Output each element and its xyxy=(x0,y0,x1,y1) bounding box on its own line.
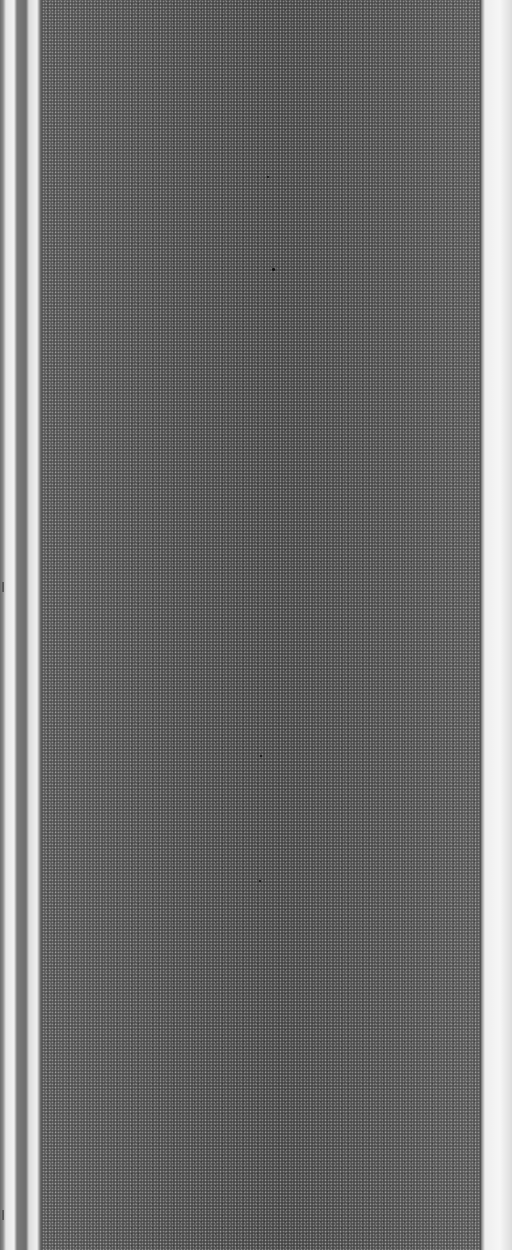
asphalt-texture xyxy=(42,0,482,1250)
debris-spot xyxy=(259,880,261,882)
right-curb xyxy=(480,0,512,1250)
debris-spot xyxy=(260,755,262,757)
debris-spot xyxy=(272,268,275,271)
debris-spot xyxy=(267,176,269,178)
asphalt-surface xyxy=(42,0,482,1250)
lane-marking-seam xyxy=(2,1210,4,1220)
road-scene xyxy=(0,0,512,1250)
left-lane-markings xyxy=(0,0,42,1250)
lane-marking-seam xyxy=(2,582,4,592)
